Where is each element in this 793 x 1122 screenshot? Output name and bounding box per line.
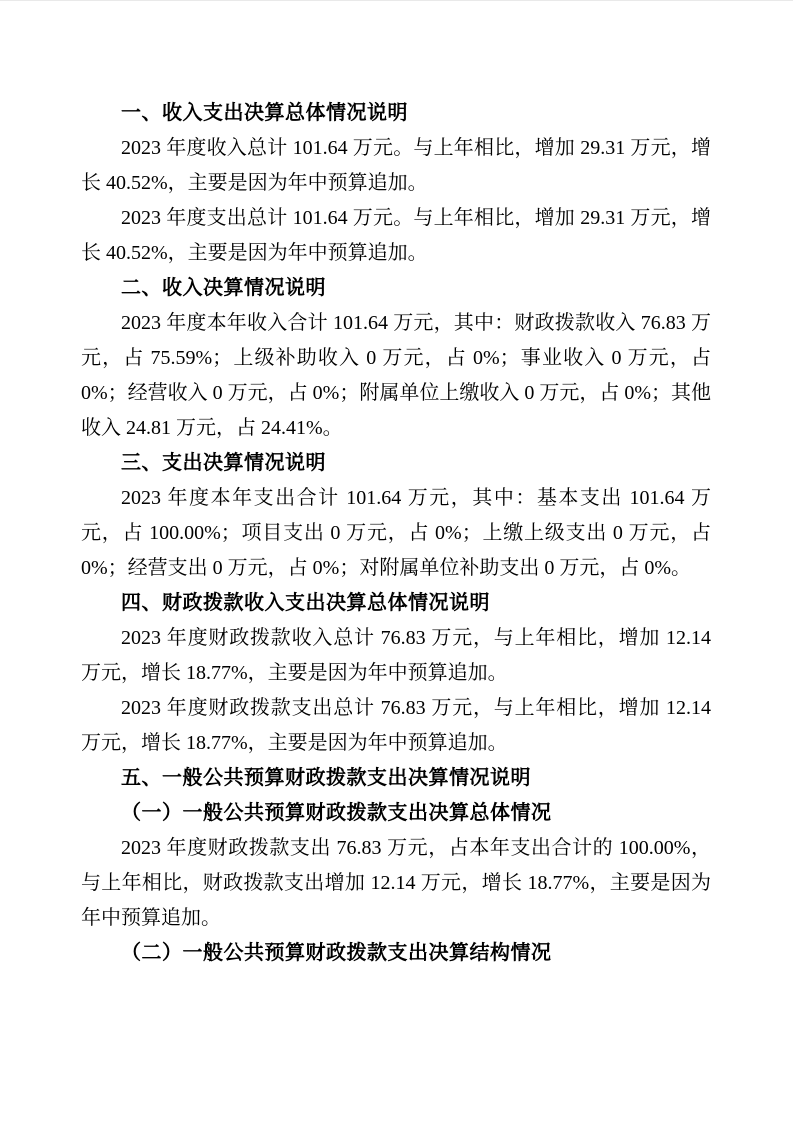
document-body: 一、收入支出决算总体情况说明 2023 年度收入总计 101.64 万元。与上年… [81,96,711,971]
paragraph: 2023 年度收入总计 101.64 万元。与上年相比，增加 29.31 万元，… [81,131,711,201]
paragraph: 2023 年度支出总计 101.64 万元。与上年相比，增加 29.31 万元，… [81,201,711,271]
section-heading: 三、支出决算情况说明 [81,446,711,481]
section-heading: 二、收入决算情况说明 [81,271,711,306]
section-expenditure-details: 三、支出决算情况说明 2023 年度本年支出合计 101.64 万元，其中：基本… [81,446,711,586]
paragraph: 2023 年度本年支出合计 101.64 万元，其中：基本支出 101.64 万… [81,481,711,586]
section-general-public-budget-expenditure: 五、一般公共预算财政拨款支出决算情况说明 （一）一般公共预算财政拨款支出决算总体… [81,761,711,971]
document-page: 一、收入支出决算总体情况说明 2023 年度收入总计 101.64 万元。与上年… [0,0,793,1122]
section-fiscal-appropriation-overview: 四、财政拨款收入支出决算总体情况说明 2023 年度财政拨款收入总计 76.83… [81,586,711,761]
section-heading: 五、一般公共预算财政拨款支出决算情况说明 [81,761,711,796]
paragraph: 2023 年度财政拨款支出总计 76.83 万元，与上年相比，增加 12.14 … [81,691,711,761]
section-income-expenditure-overview: 一、收入支出决算总体情况说明 2023 年度收入总计 101.64 万元。与上年… [81,96,711,271]
section-heading: 四、财政拨款收入支出决算总体情况说明 [81,586,711,621]
paragraph: 2023 年度财政拨款收入总计 76.83 万元，与上年相比，增加 12.14 … [81,621,711,691]
subsection-heading-overall: （一）一般公共预算财政拨款支出决算总体情况 [81,796,711,831]
subsection-heading-structure: （二）一般公共预算财政拨款支出决算结构情况 [81,936,711,971]
section-heading: 一、收入支出决算总体情况说明 [81,96,711,131]
paragraph: 2023 年度财政拨款支出 76.83 万元，占本年支出合计的 100.00%，… [81,831,711,936]
section-income-details: 二、收入决算情况说明 2023 年度本年收入合计 101.64 万元，其中：财政… [81,271,711,446]
paragraph: 2023 年度本年收入合计 101.64 万元，其中：财政拨款收入 76.83 … [81,306,711,446]
